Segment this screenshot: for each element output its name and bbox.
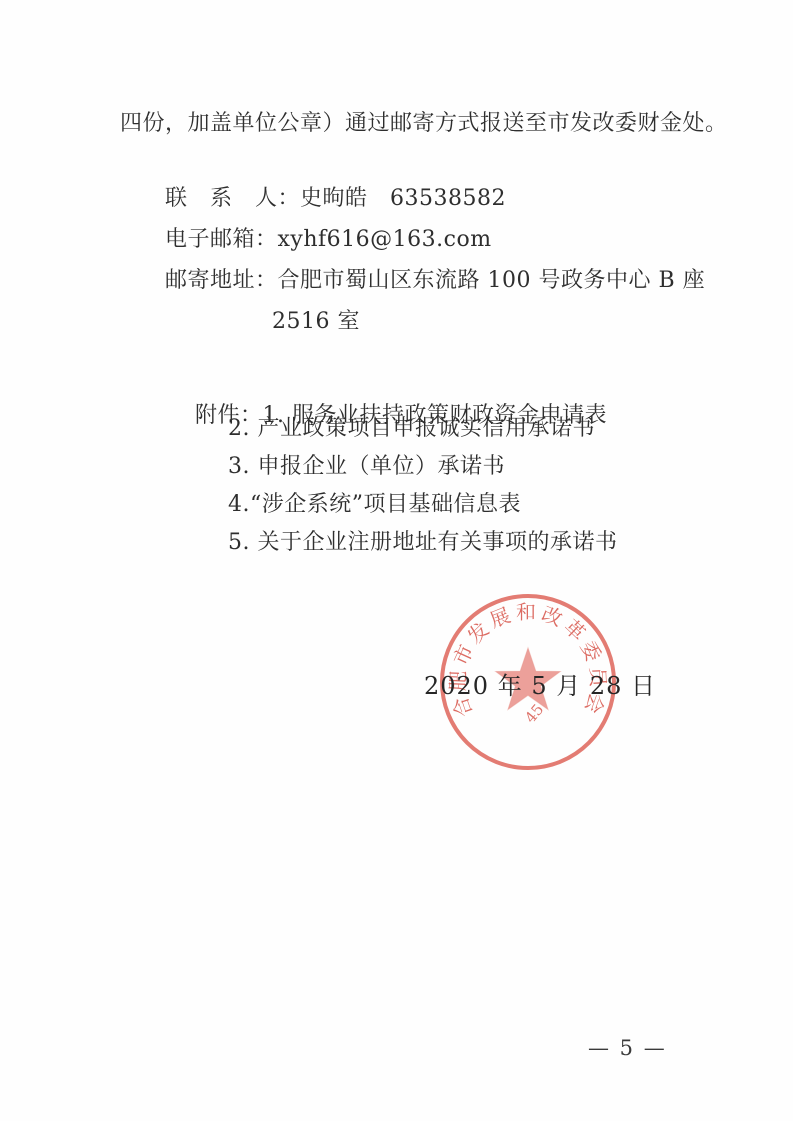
seal-arc-text: 合肥市发展和改革委员会 (446, 600, 611, 720)
paragraph-continuation-line: 四份，加盖单位公章）通过邮寄方式报送至市发改委财金处。 (120, 111, 728, 137)
contact-email-line: 电子邮箱：xyhf616@163.com (165, 227, 492, 253)
document-date: 2020 年 5 月 28 日 (424, 672, 656, 701)
attachment-item-3: 3. 申报企业（单位）承诺书 (228, 454, 505, 480)
page-number: — 5 — (588, 1036, 667, 1061)
contact-address-line2: 2516 室 (272, 309, 360, 335)
attachment-item-5: 5. 关于企业注册地址有关事项的承诺书 (228, 530, 618, 556)
svg-text:合肥市发展和改革委员会: 合肥市发展和改革委员会 (446, 600, 611, 720)
document-page: 四份，加盖单位公章）通过邮寄方式报送至市发改委财金处。 联 系 人：史昫皓 63… (0, 0, 793, 1121)
attachment-item-2: 2. 产业政策项目申报诚实信用承诺书 (228, 416, 595, 442)
contact-address-line: 邮寄地址：合肥市蜀山区东流路 100 号政务中心 B 座 (165, 268, 705, 294)
attachment-item-4: 4.“涉企系统”项目基础信息表 (228, 492, 521, 518)
seal-code: 45 (521, 700, 547, 726)
contact-person-line: 联 系 人：史昫皓 63538582 (165, 186, 506, 212)
